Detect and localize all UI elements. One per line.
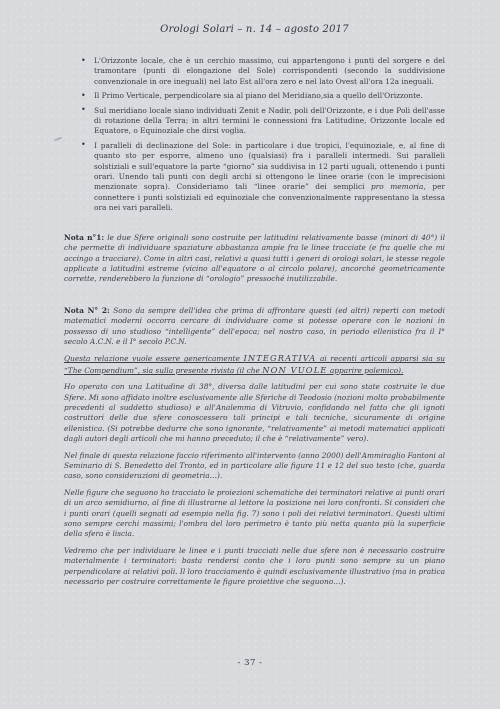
journal-header: Orologi Solari – n. 14 – agosto 2017 (64, 24, 445, 36)
list-item-text: Il Primo Verticale, perpendicolare sia a… (94, 91, 423, 100)
paragraph-integrativa: Questa relazione vuole essere genericame… (64, 353, 445, 376)
paragraph-nelle-figure: Nelle figure che seguono ho tracciato le… (64, 488, 445, 540)
page-number: - 37 - (0, 658, 500, 668)
bullet-icon: • (81, 105, 86, 115)
bullet-icon: • (81, 56, 86, 66)
page-content: Orologi Solari – n. 14 – agosto 2017 •L'… (64, 24, 445, 587)
note-1-label: Nota n°1: (64, 233, 104, 242)
list-item: •Sul meridiano locale siano individuati … (94, 106, 445, 137)
list-item: •I paralleli di declinazione del Sole: i… (94, 141, 445, 214)
bullet-list: •L'Orizzonte locale, che è un cerchio ma… (64, 56, 445, 214)
bullet-icon: • (81, 91, 86, 101)
paragraph-nel-finale: Nel finale di questa relazione faccio ri… (64, 451, 445, 482)
paragraph-ho-operato: Ho operato con una Latitudine di 38°, di… (64, 382, 445, 444)
note-1: Nota n°1: le due Sfere originali sono co… (64, 233, 445, 285)
scan-scratch-artifact (54, 137, 62, 142)
note-2-text: Sono da sempre dell'idea che prima di af… (64, 306, 445, 346)
list-item: •L'Orizzonte locale, che è un cerchio ma… (94, 56, 445, 87)
paragraph-vedremo: Vedremo che per individuare le linee e i… (64, 546, 445, 588)
bullet-icon: • (81, 140, 86, 150)
note-1-text: le due Sfere originali sono costruite pe… (64, 233, 445, 284)
list-item: •Il Primo Verticale, perpendicolare sia … (94, 91, 445, 101)
note-2-label: Nota N° 2: (64, 306, 110, 315)
scanned-journal-page: Orologi Solari – n. 14 – agosto 2017 •L'… (0, 0, 500, 709)
note-2: Nota N° 2: Sono da sempre dell'idea che … (64, 306, 445, 348)
list-item-text: I paralleli di declinazione del Sole: in… (94, 141, 445, 212)
list-item-text: Sul meridiano locale siano individuati Z… (94, 106, 445, 136)
list-item-text: L'Orizzonte locale, che è un cerchio mas… (94, 56, 445, 86)
